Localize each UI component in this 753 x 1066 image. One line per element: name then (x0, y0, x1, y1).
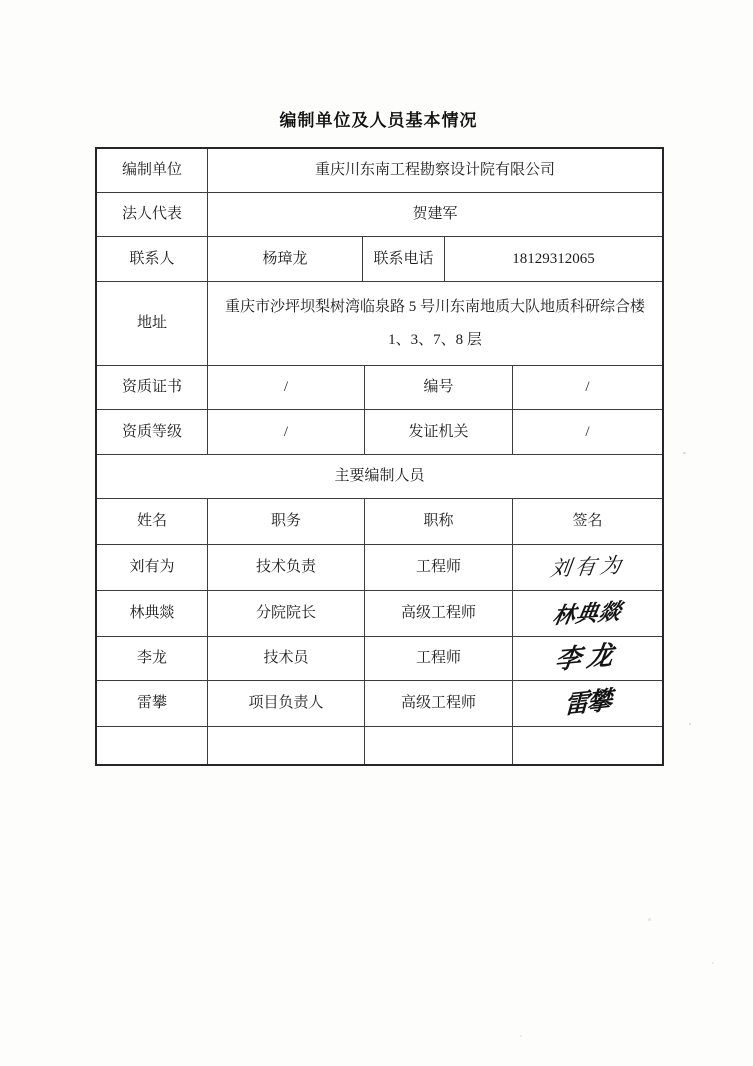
scan-speck (689, 723, 691, 725)
table-row-person: 林典燚 分院院长 高级工程师 林典燚 (97, 590, 662, 636)
cert-no-label: 编号 (364, 366, 512, 409)
phone-value: 18129312065 (444, 237, 662, 281)
address-value: 重庆市沙坪坝梨树湾临泉路 5 号川东南地质大队地质科研综合楼 1、3、7、8 层 (207, 282, 662, 365)
table-row-cert: 资质证书 / 编号 / (97, 365, 662, 409)
info-table: 编制单位 重庆川东南工程勘察设计院有限公司 法人代表 贺建军 联系人 杨璋龙 联… (95, 147, 664, 766)
contact-name: 杨璋龙 (207, 237, 362, 281)
person-title: 工程师 (364, 637, 512, 680)
unit-value: 重庆川东南工程勘察设计院有限公司 (207, 149, 662, 192)
page-title: 编制单位及人员基本情况 (95, 106, 662, 131)
person-name: 李龙 (97, 637, 207, 680)
cert-no-value: / (512, 366, 662, 409)
person-title: 高级工程师 (364, 591, 512, 636)
table-row-person: 刘有为 技术负责 工程师 刘有为 (97, 544, 662, 590)
col-header-position: 职务 (207, 499, 364, 544)
col-header-title: 职称 (364, 499, 512, 544)
table-row-grade: 资质等级 / 发证机关 / (97, 409, 662, 454)
empty-cell (512, 727, 662, 764)
scan-speck (520, 1035, 522, 1037)
table-row-legal-rep: 法人代表 贺建军 (97, 192, 662, 236)
issuer-value: / (512, 410, 662, 454)
person-position: 项目负责人 (207, 681, 364, 726)
scan-speck (648, 918, 651, 921)
person-signature-cell: 林典燚 (512, 591, 662, 636)
empty-cell (364, 727, 512, 764)
table-row-contact: 联系人 杨璋龙 联系电话 18129312065 (97, 236, 662, 281)
table-row-columns: 姓名 职务 职称 签名 (97, 498, 662, 544)
phone-label: 联系电话 (362, 237, 444, 281)
person-position: 技术员 (207, 637, 364, 680)
table-row-address: 地址 重庆市沙坪坝梨树湾临泉路 5 号川东南地质大队地质科研综合楼 1、3、7、… (97, 281, 662, 365)
cert-label: 资质证书 (97, 366, 207, 409)
person-title: 高级工程师 (364, 681, 512, 726)
personnel-header: 主要编制人员 (97, 455, 662, 498)
cert-value: / (207, 366, 364, 409)
person-signature-cell: 刘有为 (512, 545, 662, 590)
person-name: 林典燚 (97, 591, 207, 636)
grade-label: 资质等级 (97, 410, 207, 454)
grade-value: / (207, 410, 364, 454)
scan-speck (683, 452, 686, 454)
person-title: 工程师 (364, 545, 512, 590)
empty-cell (207, 727, 364, 764)
contact-label: 联系人 (97, 237, 207, 281)
signature: 李龙 (554, 639, 622, 678)
person-position: 分院院长 (207, 591, 364, 636)
legal-rep-value: 贺建军 (207, 193, 662, 236)
legal-rep-label: 法人代表 (97, 193, 207, 236)
table-row-person: 雷攀 项目负责人 高级工程师 雷攀 (97, 680, 662, 726)
table-row-personnel-header: 主要编制人员 (97, 454, 662, 498)
person-name: 雷攀 (97, 681, 207, 726)
col-header-name: 姓名 (97, 499, 207, 544)
person-signature-cell: 雷攀 (512, 681, 662, 726)
person-position: 技术负责 (207, 545, 364, 590)
issuer-label: 发证机关 (364, 410, 512, 454)
table-row-unit: 编制单位 重庆川东南工程勘察设计院有限公司 (97, 149, 662, 192)
table-row-empty (97, 726, 662, 764)
col-header-signature: 签名 (512, 499, 662, 544)
signature: 刘有为 (548, 552, 626, 582)
signature: 雷攀 (564, 685, 611, 721)
table-row-person: 李龙 技术员 工程师 李龙 (97, 636, 662, 680)
signature: 林典燚 (551, 597, 625, 630)
person-name: 刘有为 (97, 545, 207, 590)
address-label: 地址 (97, 282, 207, 365)
scan-speck (712, 962, 714, 964)
unit-label: 编制单位 (97, 149, 207, 192)
empty-cell (97, 727, 207, 764)
person-signature-cell: 李龙 (512, 637, 662, 680)
